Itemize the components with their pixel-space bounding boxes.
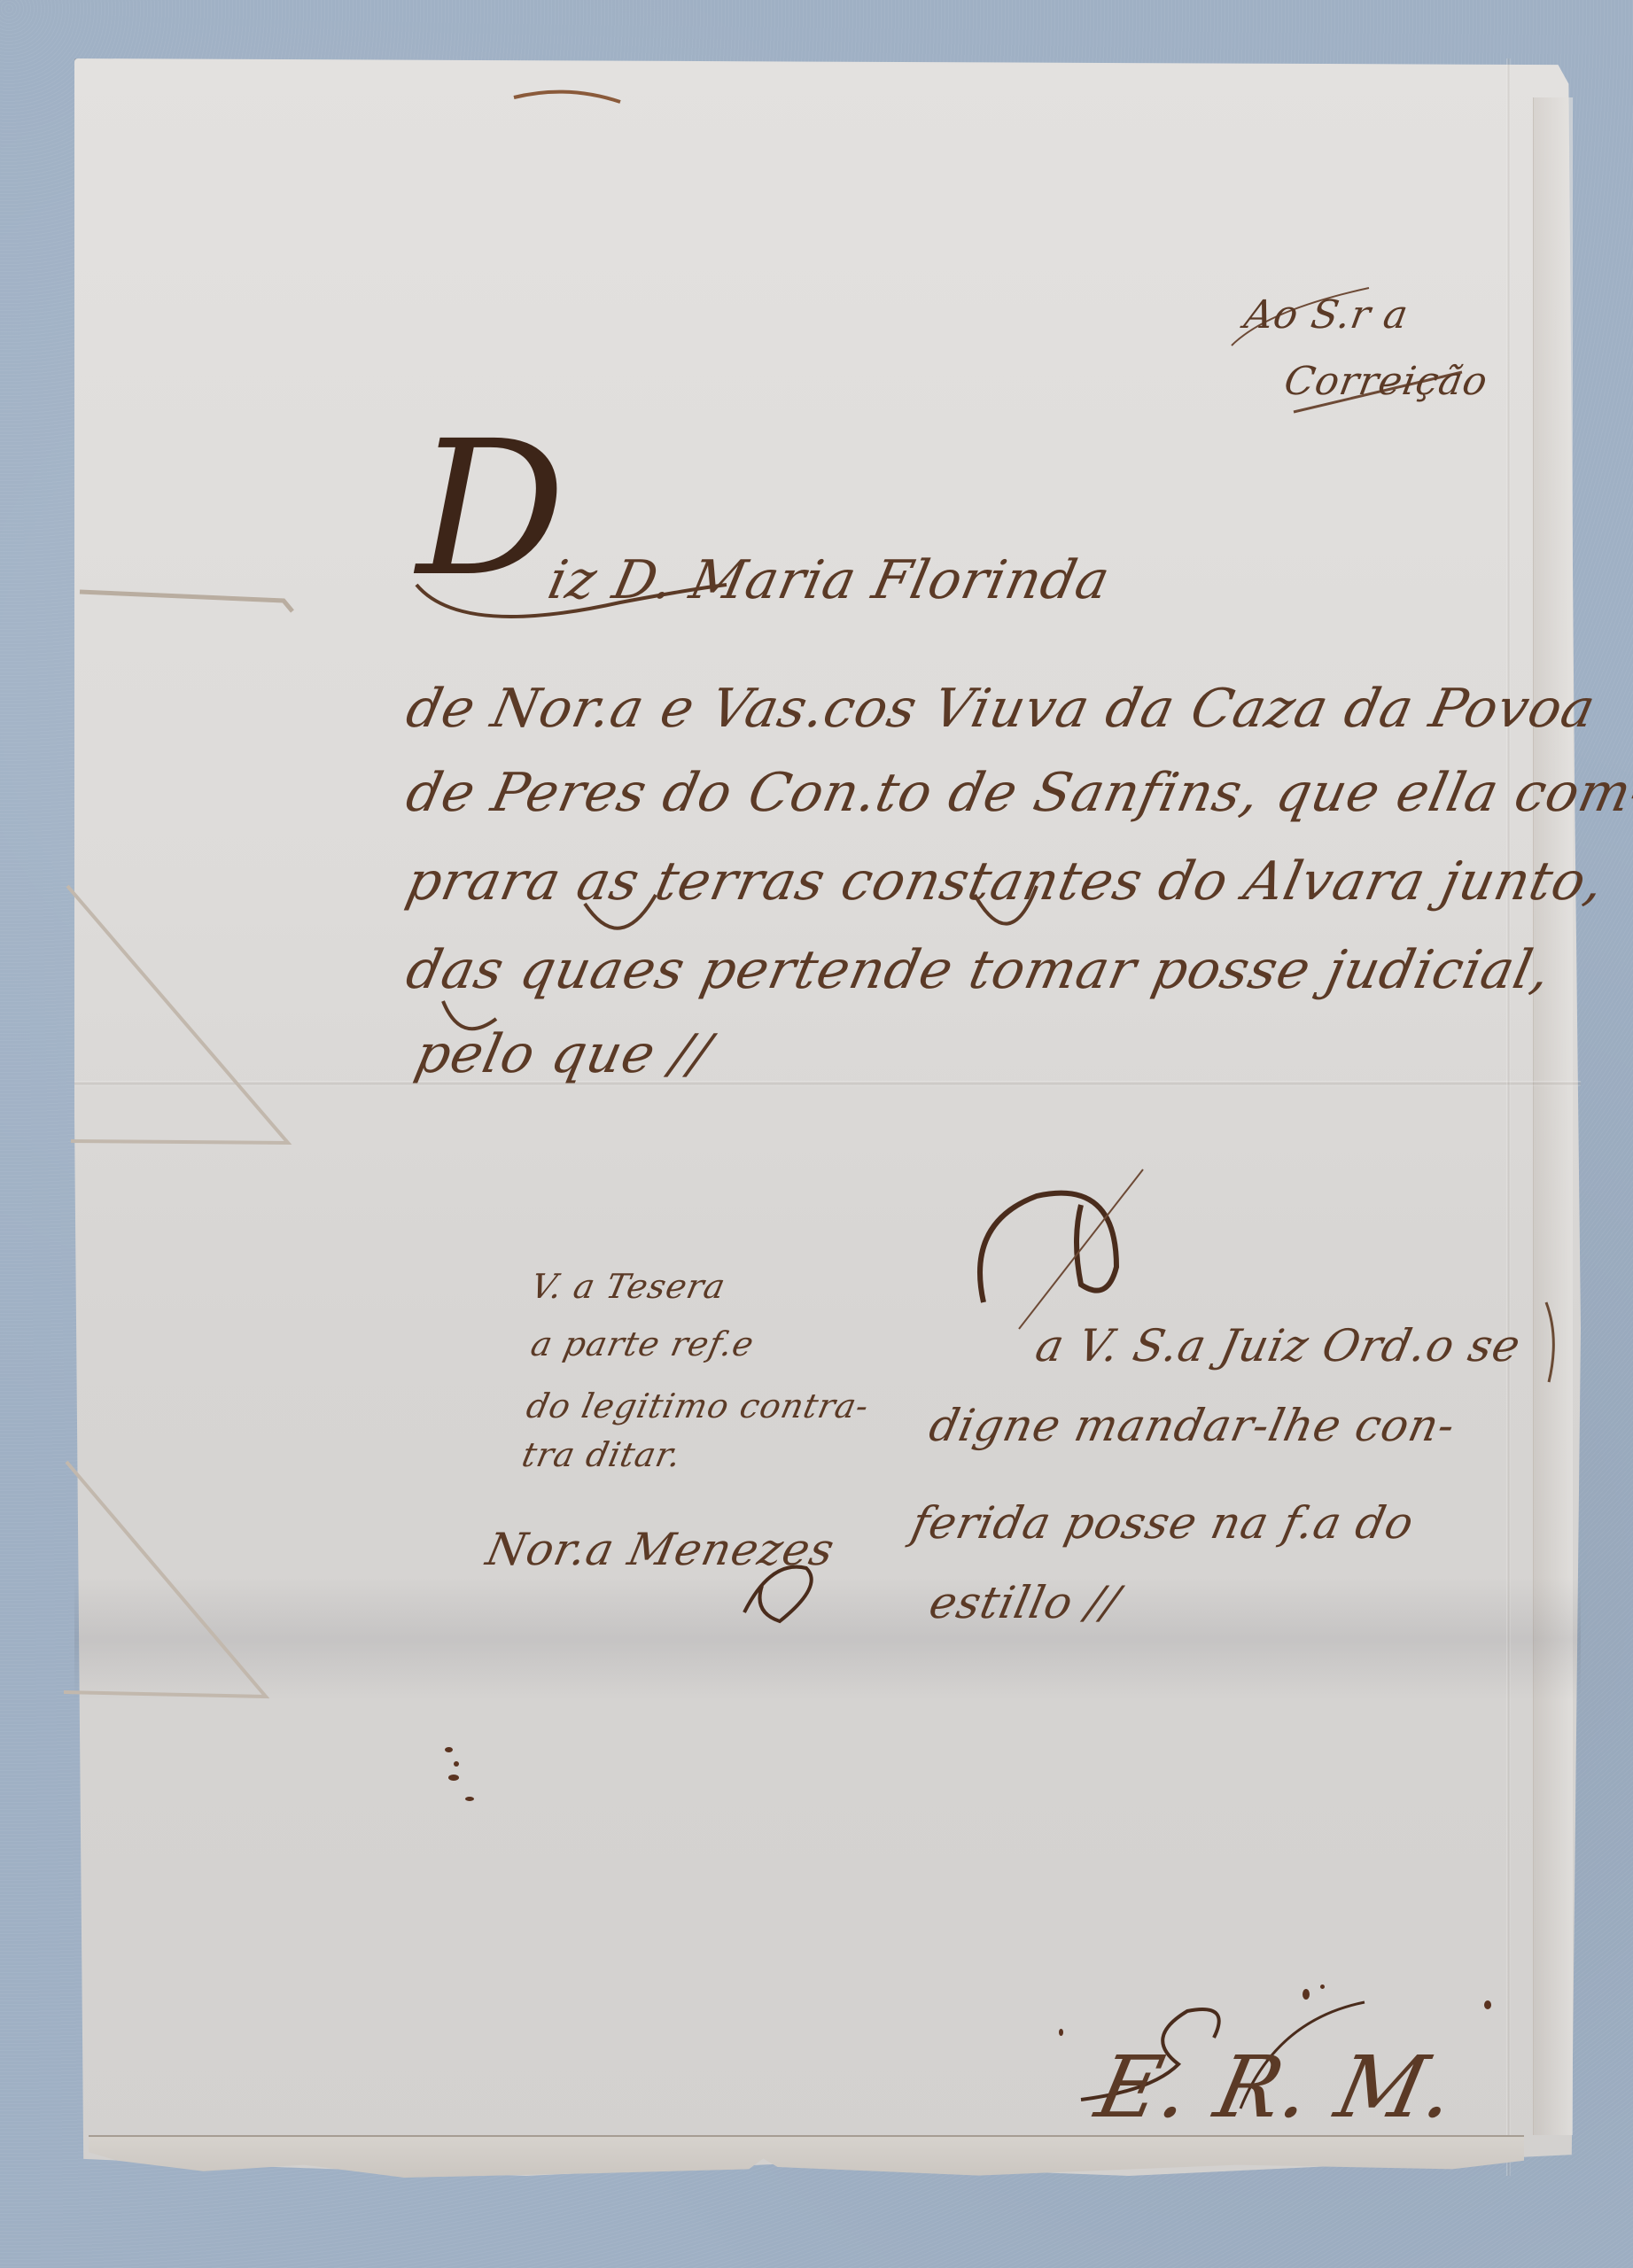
dispatch-note-line-1: V. a Tesera <box>527 1267 729 1306</box>
marginal-annotation-line1: Ao S.r a <box>1241 292 1412 338</box>
lower-fold-shadow <box>74 1577 1581 1701</box>
dispatch-note-line-3: do legitimo contra- <box>523 1386 873 1425</box>
vertical-fold-crease <box>1506 58 1511 2176</box>
horizontal-fold-crease <box>74 1081 1581 1086</box>
dispatch-main-line-2: digne mandar-lhe con- <box>925 1400 1460 1451</box>
dispatch-note-line-4: tra ditar. <box>518 1435 685 1474</box>
petition-line-3: de Peres do Con.to de Sanfins, que ella … <box>401 762 1633 824</box>
petition-line-2: de Nor.a e Vas.cos Viuva da Caza da Povo… <box>401 678 1601 740</box>
petition-initial-letter: D <box>416 416 565 602</box>
sheet-right-edge <box>1533 97 1573 2135</box>
petition-line-5: das quaes pertende tomar posse judicial, <box>401 939 1557 1001</box>
petition-line-4: prara as terras constantes do Alvara jun… <box>401 850 1610 913</box>
dispatch-signature: Nor.a Menezes <box>482 1524 839 1575</box>
dispatch-main-line-4: estillo // <box>925 1577 1124 1628</box>
dispatch-main-line-1: a V. S.a Juiz Ord.o se <box>1031 1320 1526 1371</box>
marginal-annotation-line2: Correição <box>1281 359 1492 404</box>
closing-abbreviation: E. R. M. <box>1088 2038 1465 2137</box>
petition-line-6: pelo que // <box>410 1023 717 1085</box>
petition-line-1: iz D. Maria Florinda <box>543 549 1116 611</box>
dispatch-main-line-3: ferida posse na f.a do <box>907 1497 1419 1549</box>
dispatch-note-line-2: a parte ref.e <box>527 1324 758 1363</box>
